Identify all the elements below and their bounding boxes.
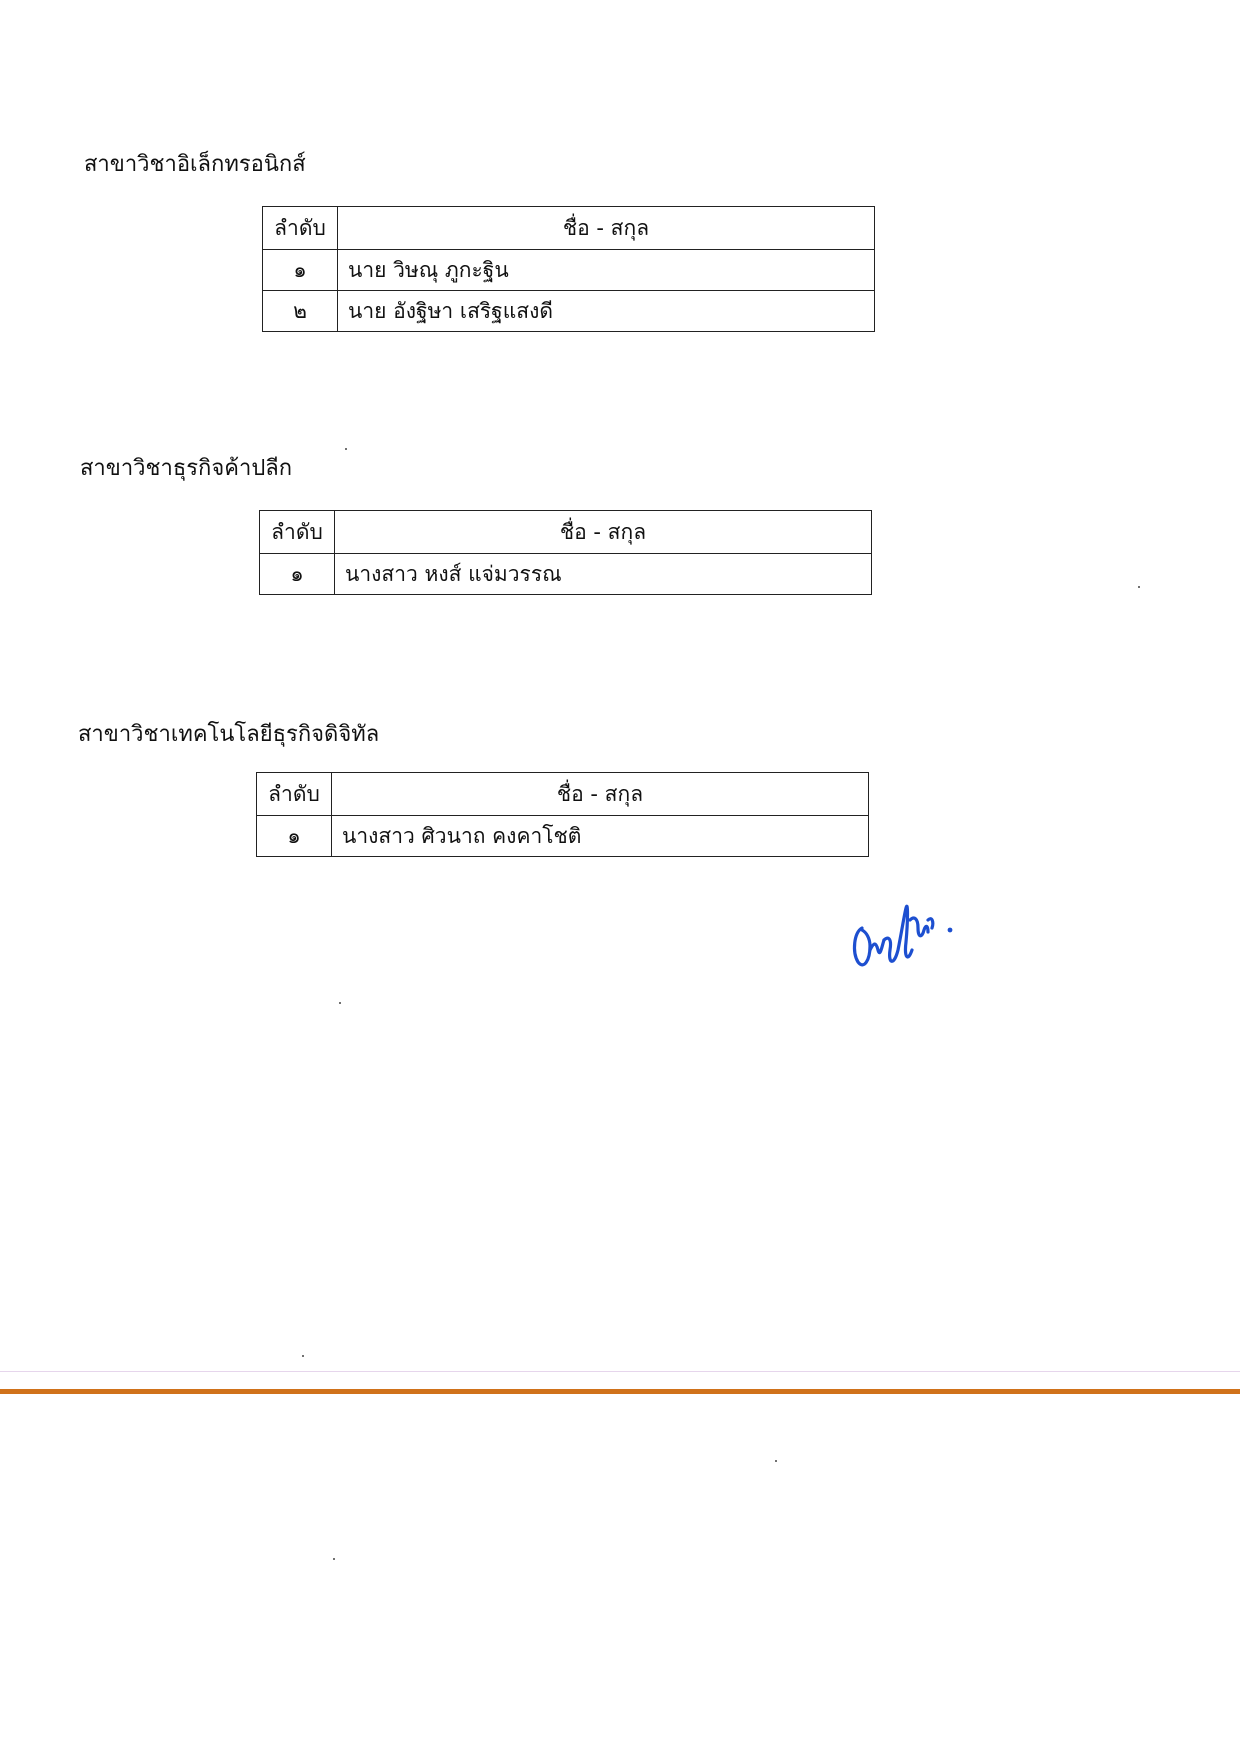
header-name: ชื่อ - สกุล <box>338 207 875 250</box>
table-header-row: ลำดับ ชื่อ - สกุล <box>260 511 872 554</box>
scan-speck <box>345 448 347 450</box>
table-digital-business: ลำดับ ชื่อ - สกุล ๑ นางสาว ศิวนาถ คงคาโช… <box>256 772 869 857</box>
scan-speck <box>775 1460 777 1462</box>
table-electronics: ลำดับ ชื่อ - สกุล ๑ นาย วิษณุ ภูกะฐิน ๒ … <box>262 206 875 332</box>
table-row: ๑ นางสาว หงส์ แจ่มวรรณ <box>260 554 872 595</box>
table-header-row: ลำดับ ชื่อ - สกุล <box>257 773 869 816</box>
scan-speck <box>333 1558 335 1560</box>
header-order: ลำดับ <box>260 511 335 554</box>
header-name: ชื่อ - สกุล <box>332 773 869 816</box>
footer-divider-faint <box>0 1371 1240 1372</box>
section-title-retail: สาขาวิชาธุรกิจค้าปลีก <box>80 450 292 485</box>
section-title-electronics: สาขาวิชาอิเล็กทรอนิกส์ <box>84 146 306 181</box>
row-name: นางสาว หงส์ แจ่มวรรณ <box>335 554 872 595</box>
table-row: ๑ นางสาว ศิวนาถ คงคาโชติ <box>257 816 869 857</box>
section-title-digital-business: สาขาวิชาเทคโนโลยีธุรกิจดิจิทัล <box>78 716 379 751</box>
scan-speck <box>339 1002 341 1004</box>
table-row: ๒ นาย อังฐิษา เสริฐแสงดี <box>263 291 875 332</box>
row-name: นาย อังฐิษา เสริฐแสงดี <box>338 291 875 332</box>
signature-icon <box>848 880 958 990</box>
header-name: ชื่อ - สกุล <box>335 511 872 554</box>
row-number: ๑ <box>257 816 332 857</box>
table-header-row: ลำดับ ชื่อ - สกุล <box>263 207 875 250</box>
scan-speck <box>1138 586 1140 588</box>
header-order: ลำดับ <box>263 207 338 250</box>
row-number: ๑ <box>263 250 338 291</box>
row-name: นางสาว ศิวนาถ คงคาโชติ <box>332 816 869 857</box>
header-order: ลำดับ <box>257 773 332 816</box>
scan-speck <box>302 1355 304 1357</box>
footer-divider-orange <box>0 1389 1240 1394</box>
row-number: ๑ <box>260 554 335 595</box>
table-retail: ลำดับ ชื่อ - สกุล ๑ นางสาว หงส์ แจ่มวรรณ <box>259 510 872 595</box>
table-row: ๑ นาย วิษณุ ภูกะฐิน <box>263 250 875 291</box>
row-number: ๒ <box>263 291 338 332</box>
row-name: นาย วิษณุ ภูกะฐิน <box>338 250 875 291</box>
